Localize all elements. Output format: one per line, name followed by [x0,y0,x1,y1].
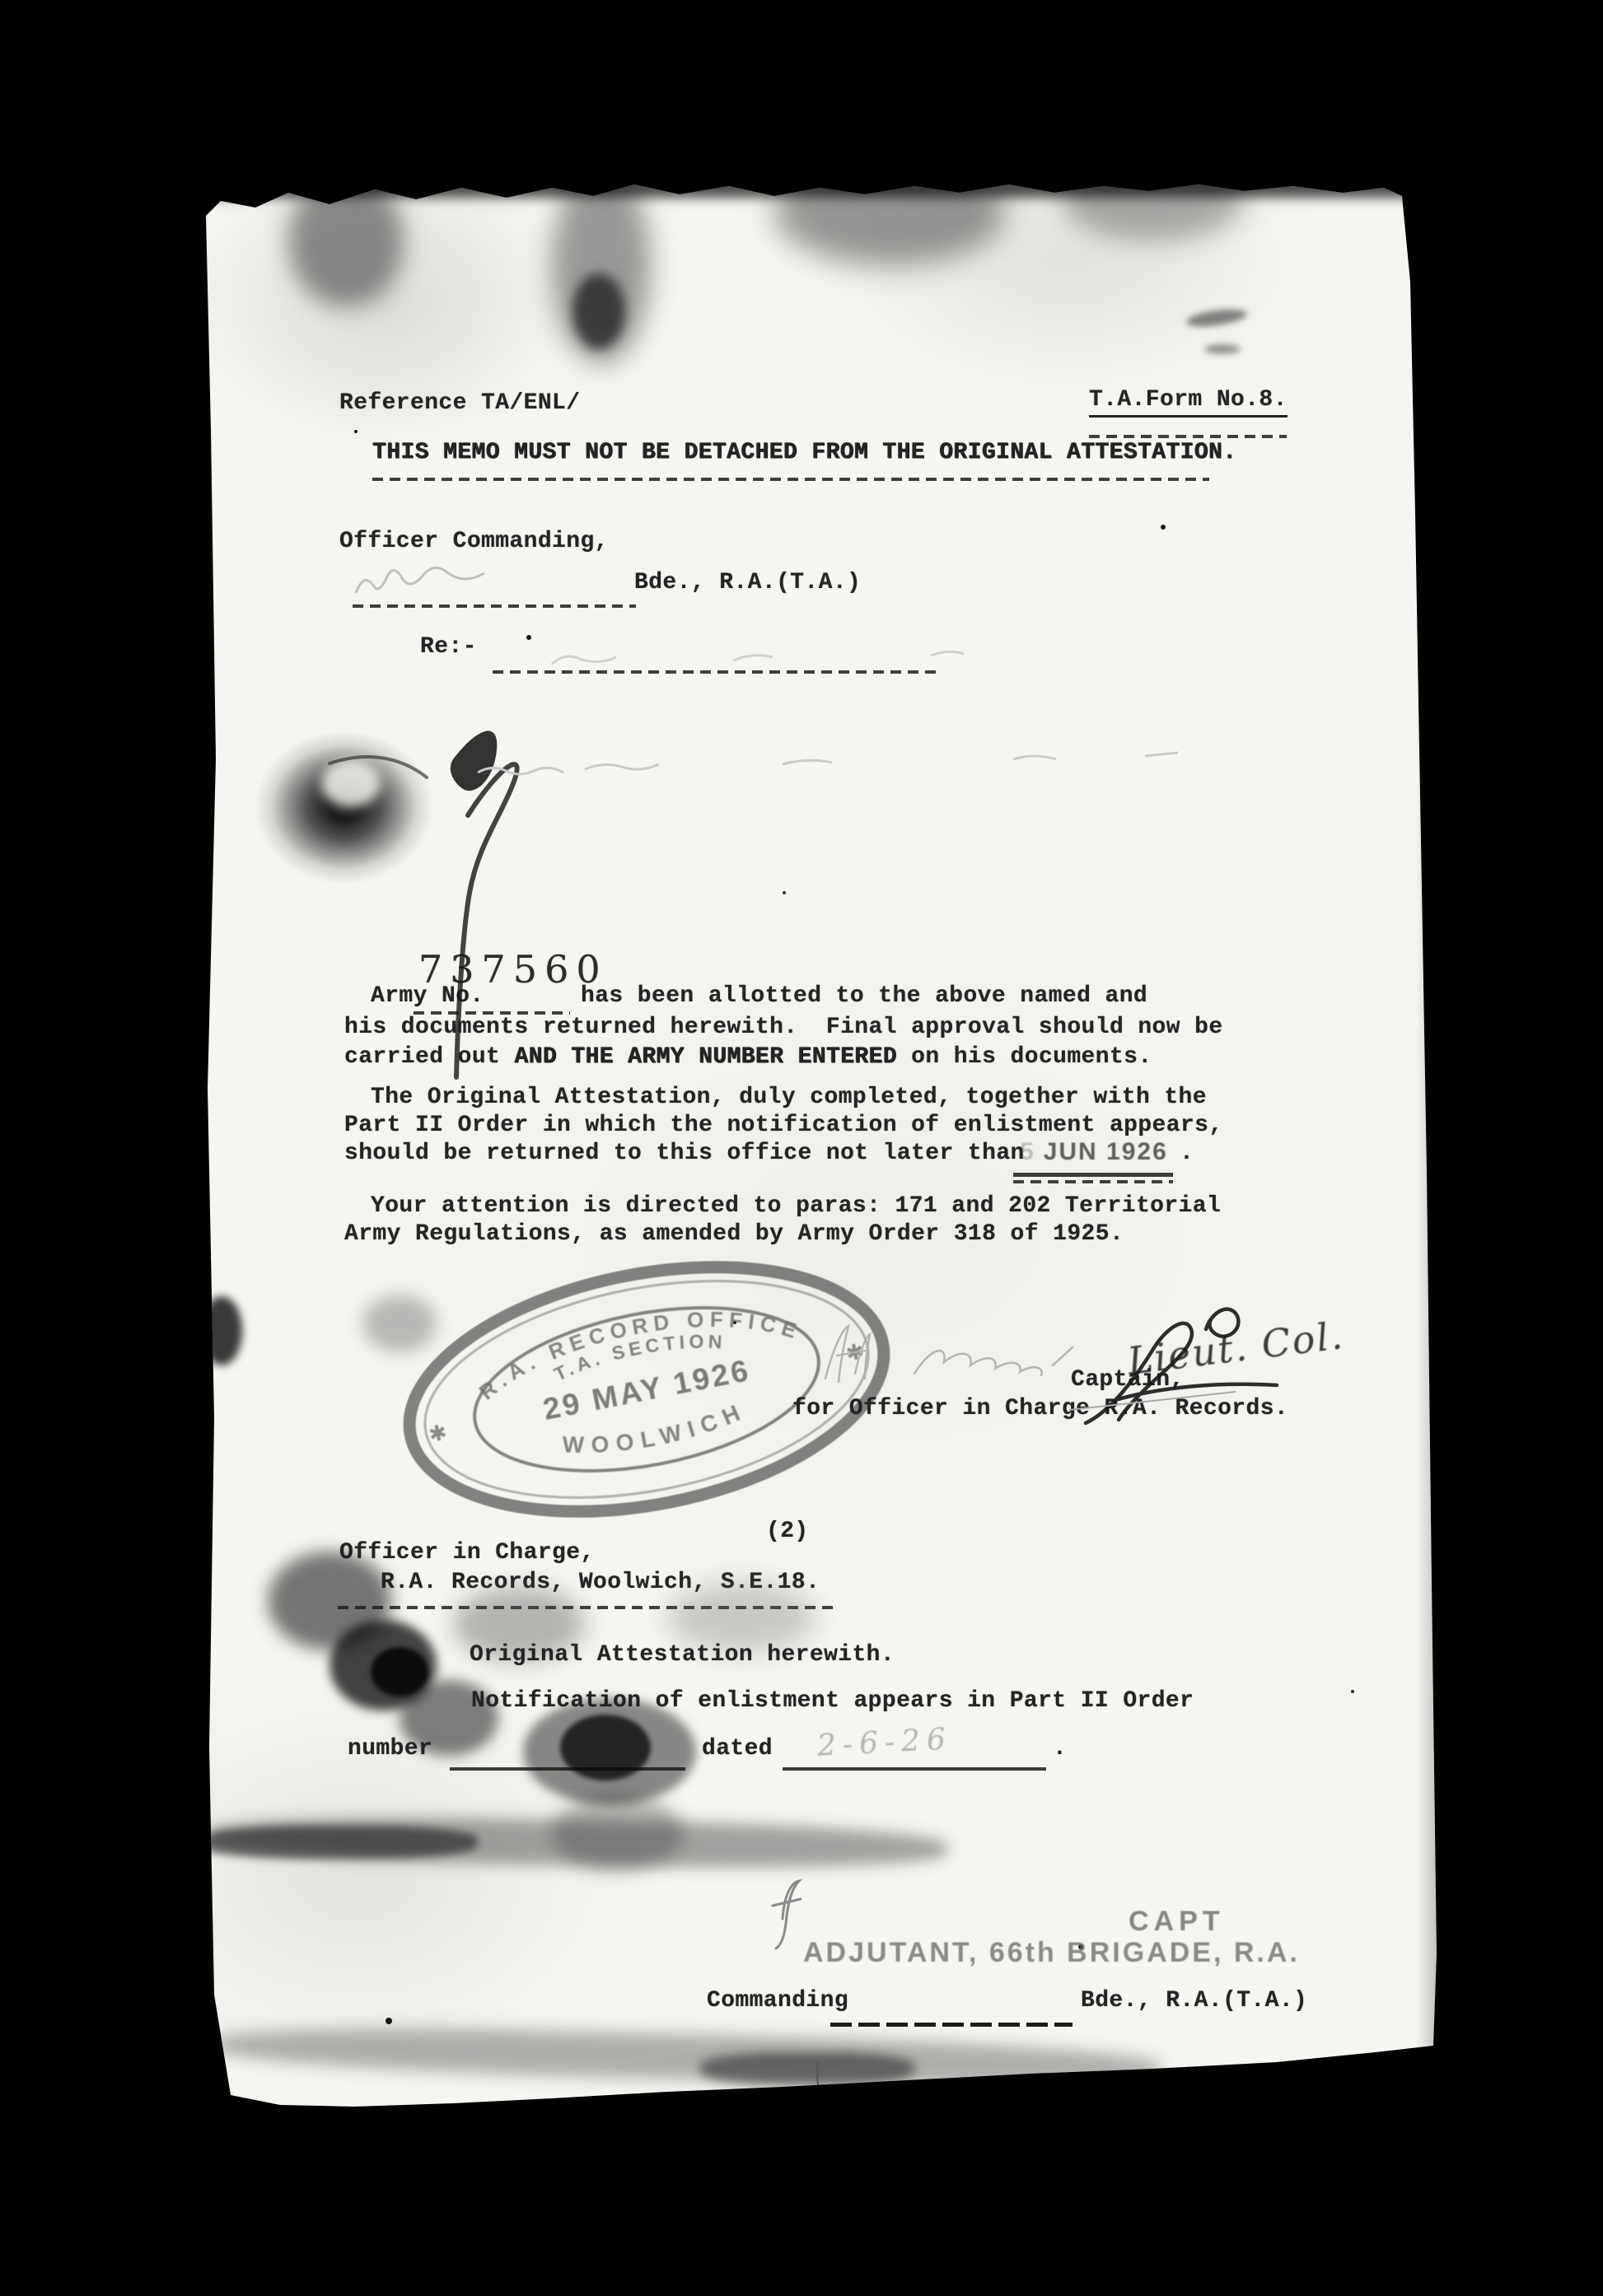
allotment-line3-post: on his documents. [897,1044,1152,1070]
smudge-band [213,2022,1161,2092]
handwritten-rank: Lieut. Col. [1125,1313,1347,1384]
stamp-star-right: ✱ [844,1338,866,1366]
copy-number: (2) [766,1519,809,1544]
bde-blank-line [353,604,636,608]
pencil-for-note [773,1881,801,1948]
stamp-date: 29 MAY 1926 [540,1353,753,1426]
allotment-line3-pre: carried out [344,1044,514,1070]
ink-stain [1063,158,1244,240]
stamp-arc-bottom-text: WOOLWICH [558,1396,753,1468]
pencil-scrawl [478,753,1178,774]
commanding-label: Commanding [707,1988,848,2014]
pencil-scrawl [552,651,964,664]
for-officer-in-charge-line: for Officer in Charge R.A. Records. [792,1396,1288,1421]
handwritten-date: 2-6-26 [816,1723,953,1764]
attestation-line3: should be returned to this office not la… [344,1141,1025,1166]
pencil-signature [825,1326,1073,1382]
army-number-value: 737560 [418,947,608,992]
smudge-band [700,2052,914,2085]
scanned-document: Reference TA/ENL/ T.A.Form No.8. THIS ME… [0,0,1603,2296]
allotment-line3-bold: AND THE ARMY NUMBER ENTERED [514,1044,896,1070]
ink-blot-core [451,731,498,791]
ra-records-office-stamp: R.A. RECORD OFFICE T.A. SECTION 29 MAY 1… [391,1253,902,1525]
return-address-line1: Officer in Charge, [339,1540,595,1566]
re-blank-line [493,670,939,674]
due-date-value: JUN 1926 [1044,1138,1168,1165]
officer-commanding-line: Officer Commanding, [339,529,609,554]
document-page: Reference TA/ENL/ T.A.Form No.8. THIS ME… [206,183,1437,2108]
commanding-blank-line [830,2023,1073,2027]
stamp-star-left: ✱ [427,1420,449,1448]
dated-blank-line [783,1767,1046,1771]
allotment-line1: has been allotted to the above named and [581,983,1147,1009]
reference-label: Reference TA/ENL/ [339,390,580,416]
ink-stain [1185,306,1248,329]
ink-stain [371,1647,428,1696]
adjutant-stamp: ADJUTANT, 66th BRIGADE, R.A. [803,1937,1300,1969]
attestation-period: . [1180,1141,1194,1166]
due-date-stamp: 5JUN 1926 [1020,1138,1168,1166]
form-number-text: T.A.Form No.8. [1089,387,1288,418]
enclosure-line1: Original Attestation herewith. [470,1642,895,1668]
allotment-line3: carried out AND THE ARMY NUMBER ENTERED … [344,1044,1152,1070]
stamp-arc-inner-text: T.A. SECTION [549,1320,731,1386]
attention-line2: Army Regulations, as amended by Army Ord… [344,1221,1124,1247]
dated-label: dated [702,1736,773,1762]
commanding-bde-suffix: Bde., R.A.(T.A.) [1081,1988,1307,2014]
pencil-scrawl [356,567,484,593]
enclosure-period: . [1053,1736,1067,1762]
detach-warning: THIS MEMO MUST NOT BE DETACHED FROM THE … [372,440,1236,465]
ink-stain [774,158,1005,265]
re-label: Re:- [420,634,477,660]
number-label: number [348,1736,432,1762]
due-date-underline-dashes [1013,1180,1173,1183]
ink-stain [572,273,625,349]
ink-stain [1204,344,1241,354]
attestation-line2: Part II Order in which the notification … [344,1113,1223,1138]
stamp-arc-top-text: R.A. RECORD OFFICE [467,1282,810,1407]
rule-under-warning [372,478,1209,481]
capt-stamp: CAPT [1129,1906,1225,1938]
smudge-band [198,1826,478,1859]
form-number: T.A.Form No.8. [1089,387,1288,413]
due-date-underline [1013,1173,1173,1177]
ink-stain [362,1295,437,1352]
ink-stain [560,1715,651,1780]
ink-blot-highlight [321,759,381,807]
attention-line1: Your attention is directed to paras: 171… [371,1193,1221,1219]
ink-stain [206,173,1437,198]
due-date-day: 5 [1020,1138,1035,1165]
bde-suffix: Bde., R.A.(T.A.) [634,570,861,595]
scan-specks [354,430,358,433]
right-edge-shade [1416,183,1437,2108]
ink-stain [201,1296,242,1365]
attestation-line1: The Original Attestation, duly completed… [371,1085,1207,1110]
rule-under-form-number [1089,435,1287,438]
allotment-line2: his documents returned herewith. Final a… [344,1015,1223,1040]
